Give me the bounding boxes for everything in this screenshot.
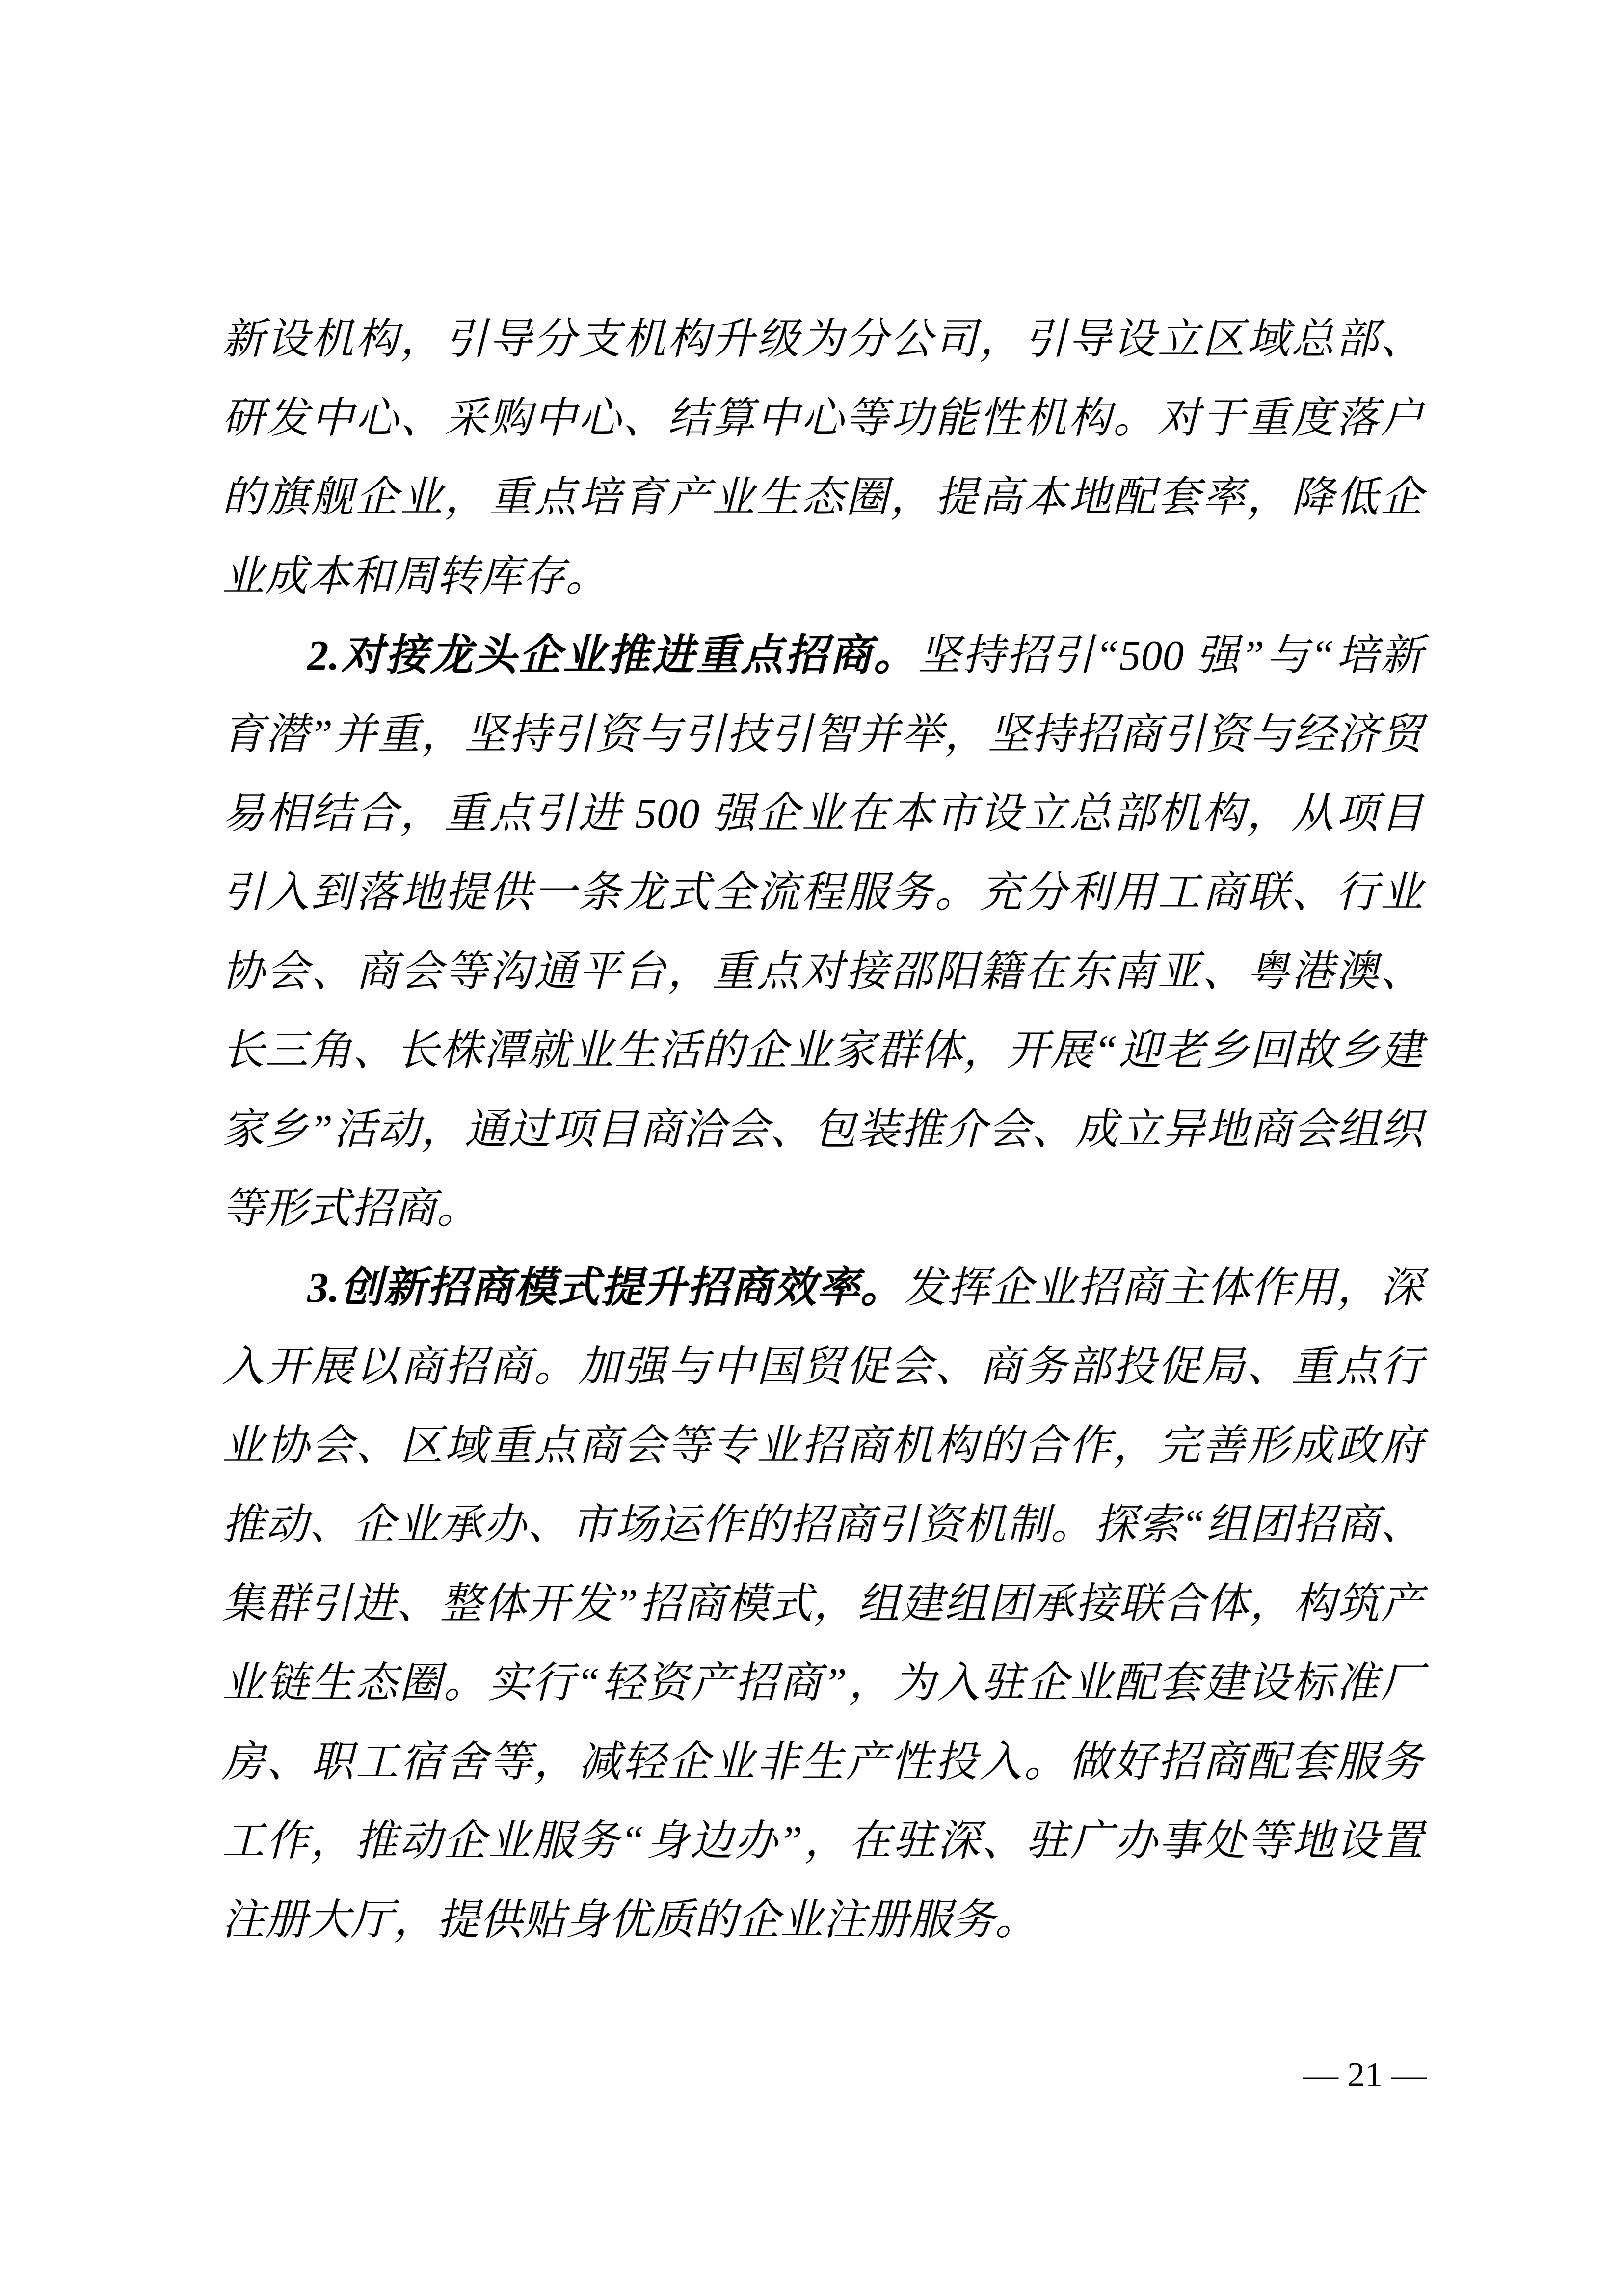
paragraph-item-2: 2.对接龙头企业推进重点招商。坚持招引“500 强”与“培新育潜”并重，坚持引资… [222, 616, 1423, 1248]
paragraph-text: 坚持招引“500 强”与“培新育潜”并重，坚持引资与引技引智并举，坚持招商引资与… [222, 631, 1423, 1232]
page-number: — 21 — [1303, 2055, 1427, 2094]
document-page: 新设机构，引导分支机构升级为分公司，引导设立区域总部、研发中心、采购中心、结算中… [0, 0, 1623, 2296]
paragraph-continuation: 新设机构，引导分支机构升级为分公司，引导设立区域总部、研发中心、采购中心、结算中… [222, 299, 1423, 616]
page-footer: — 21 — [1303, 2051, 1427, 2098]
paragraph-text: 新设机构，引导分支机构升级为分公司，引导设立区域总部、研发中心、采购中心、结算中… [222, 315, 1423, 600]
paragraph-lead-bold: 2.对接龙头企业推进重点招商。 [307, 631, 918, 679]
paragraph-lead-bold: 3.创新招商模式提升招商效率。 [307, 1264, 904, 1311]
paragraph-text: 发挥企业招商主体作用，深入开展以商招商。加强与中国贸促会、商务部投促局、重点行业… [222, 1264, 1423, 1944]
paragraph-item-3: 3.创新招商模式提升招商效率。发挥企业招商主体作用，深入开展以商招商。加强与中国… [222, 1248, 1423, 1959]
document-body: 新设机构，引导分支机构升级为分公司，引导设立区域总部、研发中心、采购中心、结算中… [222, 299, 1423, 1959]
